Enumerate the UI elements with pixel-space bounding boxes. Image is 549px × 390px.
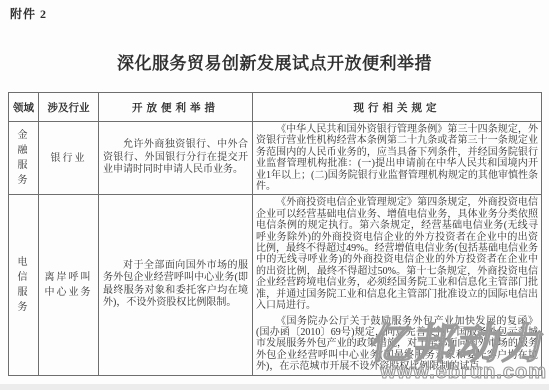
attachment-label: 附件 2 (10, 5, 47, 22)
measure-text-finance: 允许外商独资银行、中外合资银行、外国银行分行在提交开业申请时同时申请人民币业务。 (103, 139, 248, 177)
table-row-finance: 金融服务 银行业 允许外商独资银行、中外合资银行、外国银行分行在提交开业申请时同… (9, 122, 542, 195)
cell-industry-callcenter: 离岸呼叫中心业务 (39, 195, 99, 375)
col-header-domain: 领域 (9, 93, 39, 122)
cell-industry-banking: 银行业 (39, 122, 99, 195)
regulation-paragraph: 《外商投资电信企业管理规定》第四条规定，外商投资电信企业可以经营基础电信业务、增… (256, 197, 538, 311)
cell-measure-finance: 允许外商独资银行、中外合资银行、外国银行分行在提交开业申请时同时申请人民币业务。 (99, 122, 253, 195)
cell-domain-finance: 金融服务 (9, 122, 39, 195)
measure-text-telecom: 对于全部面向国外市场的服务外包企业经营呼叫中心业务(即最终服务对象和委托客户均在… (103, 260, 248, 310)
col-header-industry: 涉及行业 (39, 93, 99, 122)
table-row-telecom: 电信服务 离岸呼叫中心业务 对于全部面向国外市场的服务外包企业经营呼叫中心业务(… (9, 195, 542, 375)
bottom-edge-strip (0, 384, 549, 390)
regulation-paragraph: 《国务院办公厅关于鼓励服务外包产业加快发展的复函》(国办函〔2010〕69号)规… (256, 316, 538, 373)
measures-table: 领域 涉及行业 开放便利举措 现行相关规定 金融服务 银行业 允许外商独资银行、… (8, 92, 542, 376)
page-title: 深化服务贸易创新发展试点开放便利举措 (0, 49, 549, 74)
table-header-row: 领域 涉及行业 开放便利举措 现行相关规定 (9, 93, 542, 122)
col-header-regulations: 现行相关规定 (253, 93, 542, 122)
cell-regulations-telecom: 《外商投资电信企业管理规定》第四条规定，外商投资电信企业可以经营基础电信业务、增… (253, 195, 542, 375)
document-page: 附件 2 深化服务贸易创新发展试点开放便利举措 领域 涉及行业 开放便利举措 现… (0, 0, 549, 390)
regulation-paragraph: 《中华人民共和国外资银行管理条例》第三十四条规定，外资银行营业性机构经营本条例第… (256, 124, 538, 192)
cell-measure-telecom: 对于全部面向国外市场的服务外包企业经营呼叫中心业务(即最终服务对象和委托客户均在… (99, 195, 253, 375)
cell-regulations-finance: 《中华人民共和国外资银行管理条例》第三十四条规定，外资银行营业性机构经营本条例第… (253, 122, 542, 195)
col-header-measures: 开放便利举措 (99, 93, 253, 122)
cell-domain-telecom: 电信服务 (9, 195, 39, 375)
